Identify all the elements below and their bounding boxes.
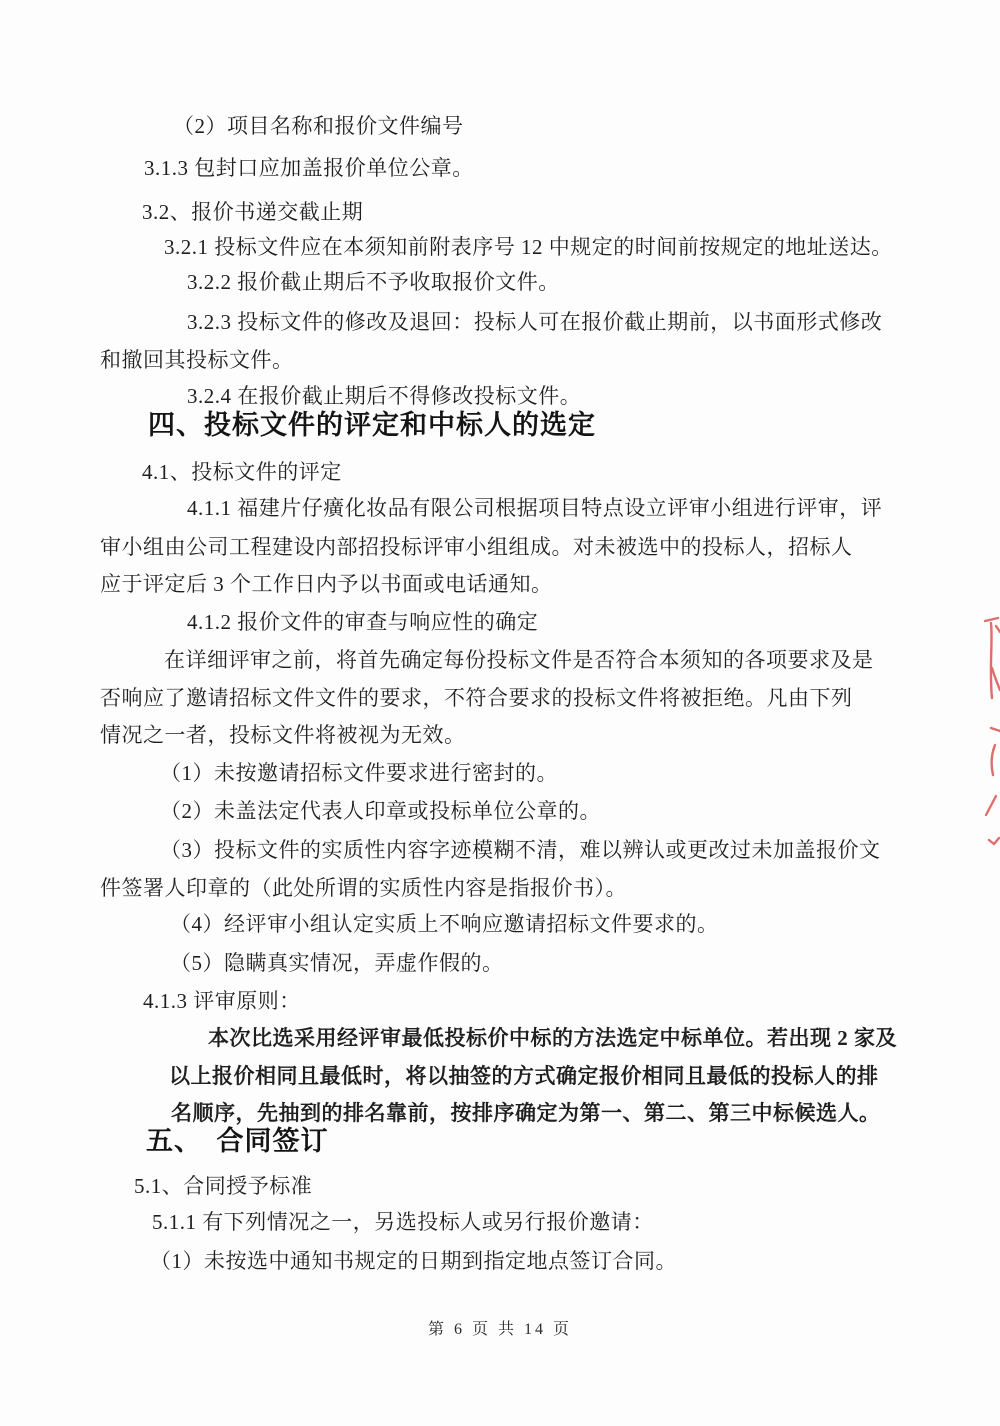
doc-line-invalid-3-cont: 件签署人印章的（此处所谓的实质性内容是指报价书）。 — [100, 878, 627, 899]
doc-line-5-1: 5.1、合同授予标准 — [134, 1176, 312, 1197]
doc-line-4-1-3: 4.1.3 评审原则： — [143, 991, 301, 1012]
doc-line-invalid-3: （3）投标文件的实质性内容字迹模糊不清，难以辨认或更改过未加盖报价文 — [160, 840, 881, 861]
doc-line-review-para: 在详细评审之前，将首先确定每份投标文件是否符合本须知的各项要求及是 — [164, 650, 874, 671]
doc-line-3-1-3: 3.1.3 包封口应加盖报价单位公章。 — [144, 158, 474, 179]
doc-line-3-2-1: 3.2.1 投标文件应在本须知前附表序号 12 中规定的时间前按规定的地址送达。 — [164, 237, 893, 258]
red-seal-fragments-icon — [978, 610, 1000, 860]
doc-line-principle-1: 本次比选采用经评审最低投标价中标的方法选定中标单位。若出现 2 家及 — [208, 1028, 897, 1049]
doc-line-invalid-2: （2）未盖法定代表人印章或投标单位公章的。 — [160, 801, 601, 822]
doc-line-3-2-2: 3.2.2 报价截止期后不予收取报价文件。 — [187, 272, 560, 293]
doc-line-5-1-1: 5.1.1 有下列情况之一，另选投标人或另行报价邀请： — [152, 1212, 654, 1233]
section-heading-4: 四、投标文件的评定和中标人的选定 — [148, 412, 596, 439]
doc-line-3-2-4: 3.2.4 在报价截止期后不得修改投标文件。 — [187, 386, 581, 407]
scanned-document-page: （2）项目名称和报价文件编号 3.1.3 包封口应加盖报价单位公章。 3.2、报… — [0, 0, 1000, 1426]
doc-line-3-2: 3.2、报价书递交截止期 — [142, 202, 363, 223]
doc-line-principle-2: 以上报价相同且最低时，将以抽签的方式确定报价相同且最低的投标人的排 — [169, 1066, 879, 1087]
page-footer: 第 6 页 共 14 页 — [0, 1316, 1000, 1339]
doc-line-4-1-2: 4.1.2 报价文件的审查与响应性的确定 — [187, 612, 538, 633]
doc-line-invalid-4: （4）经评审小组认定实质上不响应邀请招标文件要求的。 — [170, 914, 719, 935]
doc-line-3-2-3-cont: 和撤回其投标文件。 — [100, 350, 294, 371]
doc-line-review-para-cont2: 情况之一者，投标文件将被视为无效。 — [100, 725, 466, 746]
doc-line-principle-3: 名顺序，先抽到的排名靠前，按排序确定为第一、第二、第三中标候选人。 — [171, 1103, 881, 1124]
doc-line-5-1-1-item1: （1）未按选中通知书规定的日期到指定地点签订合同。 — [150, 1251, 677, 1272]
doc-line-invalid-1: （1）未按邀请招标文件要求进行密封的。 — [160, 763, 558, 784]
doc-line-review-para-cont1: 否响应了邀请招标文件文件的要求，不符合要求的投标文件将被拒绝。凡由下列 — [100, 688, 853, 709]
page-number: 第 6 页 共 14 页 — [428, 1321, 572, 1338]
section-heading-5: 五、 合同签订 — [146, 1128, 329, 1155]
doc-line-3-2-3: 3.2.3 投标文件的修改及退回：投标人可在报价截止期前，以书面形式修改 — [187, 312, 882, 333]
doc-line-4-1-1-cont2: 应于评定后 3 个工作日内予以书面或电话通知。 — [100, 574, 553, 595]
doc-line-4-1-1-cont1: 审小组由公司工程建设内部招投标评审小组组成。对未被选中的投标人，招标人 — [100, 537, 853, 558]
doc-line-item-2: （2）项目名称和报价文件编号 — [173, 116, 464, 137]
doc-line-invalid-5: （5）隐瞒真实情况，弄虚作假的。 — [170, 953, 504, 974]
doc-line-4-1: 4.1、投标文件的评定 — [142, 462, 342, 483]
doc-line-4-1-1: 4.1.1 福建片仔癀化妆品有限公司根据项目特点设立评审小组进行评审，评 — [187, 498, 882, 519]
